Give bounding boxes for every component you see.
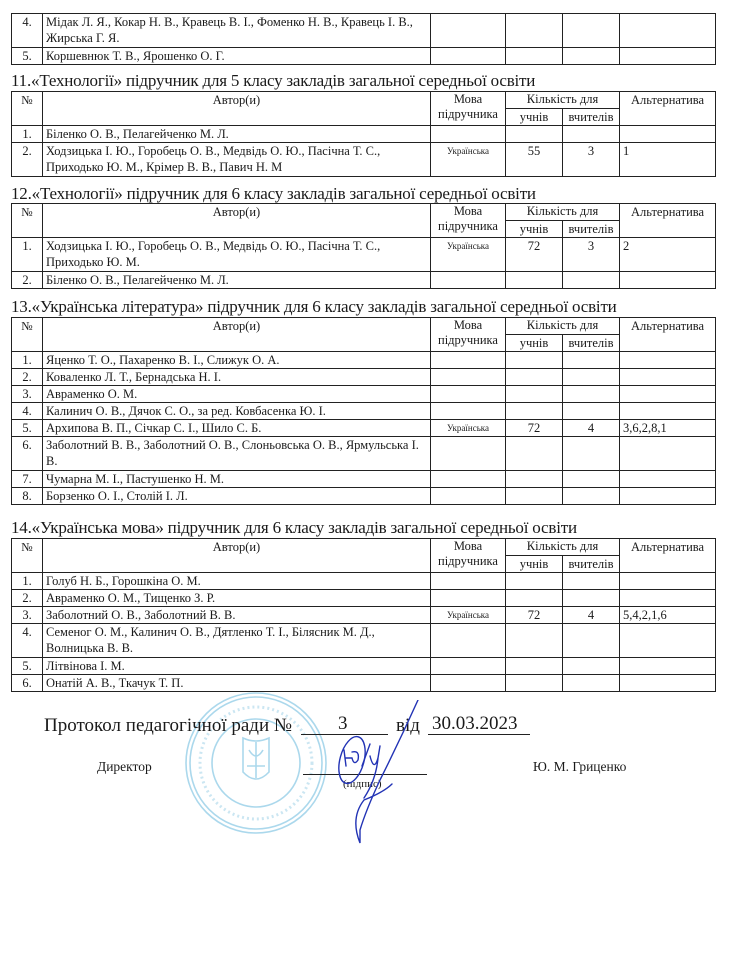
row-number: 2. <box>12 590 43 607</box>
row-language <box>431 126 506 143</box>
table-row: 2.Коваленко Л. Т., Бернадська Н. І. <box>12 369 716 386</box>
row-number: 4. <box>12 403 43 420</box>
table-row: 2.Ходзицька І. Ю., Горобець О. В., Медві… <box>12 143 716 177</box>
section-title-13: 13.«Українська література» підручник для… <box>11 298 617 316</box>
row-number: 2. <box>12 369 43 386</box>
header-num: № <box>12 539 43 573</box>
row-number: 5. <box>12 48 43 65</box>
row-teachers-count <box>563 126 620 143</box>
row-language <box>431 403 506 420</box>
row-language <box>431 471 506 488</box>
row-teachers-count <box>563 573 620 590</box>
row-students-count: 72 <box>506 420 563 437</box>
header-students: учнів <box>506 221 563 238</box>
table-row: 1.Біленко О. В., Пелагейченко М. Л. <box>12 126 716 143</box>
row-language: Українська <box>431 420 506 437</box>
table-row: 6.Заболотний В. В., Заболотний О. В., Сл… <box>12 437 716 471</box>
signature-icon <box>330 700 440 845</box>
row-number: 6. <box>12 437 43 471</box>
header-author: Автор(и) <box>43 318 431 352</box>
row-alternative: 2 <box>620 238 716 272</box>
row-language <box>431 573 506 590</box>
row-alternative: 5,4,2,1,6 <box>620 607 716 624</box>
row-alternative <box>620 386 716 403</box>
row-alternative <box>620 369 716 386</box>
row-authors: Онатій А. В., Ткачук Т. П. <box>43 675 431 692</box>
header-num: № <box>12 204 43 238</box>
header-language: Мовапідручника <box>431 539 506 573</box>
row-students-count <box>506 488 563 505</box>
row-students-count <box>506 624 563 658</box>
row-students-count <box>506 675 563 692</box>
section-title-11: 11.«Технології» підручник для 5 класу за… <box>11 72 535 90</box>
row-alternative <box>620 126 716 143</box>
row-students-count <box>506 437 563 471</box>
header-teachers: вчителів <box>563 109 620 126</box>
header-students: учнів <box>506 556 563 573</box>
row-authors: Біленко О. В., Пелагейченко М. Л. <box>43 126 431 143</box>
row-students-count <box>506 471 563 488</box>
row-students-count <box>506 658 563 675</box>
row-teachers-count <box>563 590 620 607</box>
table-row: 7.Чумарна М. І., Пастушенко Н. М. <box>12 471 716 488</box>
row-authors: Ходзицька І. Ю., Горобець О. В., Медвідь… <box>43 143 431 177</box>
row-authors: Заболотний В. В., Заболотний О. В., Слон… <box>43 437 431 471</box>
row-language <box>431 675 506 692</box>
header-language-line2: підручника <box>434 219 502 234</box>
header-alternative: Альтернатива <box>620 318 716 352</box>
row-number: 5. <box>12 420 43 437</box>
row-alternative <box>620 573 716 590</box>
row-teachers-count <box>563 675 620 692</box>
header-author: Автор(и) <box>43 204 431 238</box>
director-label: Директор <box>97 759 152 775</box>
row-teachers-count <box>563 48 620 65</box>
table-row: 3.Авраменко О. М. <box>12 386 716 403</box>
row-language <box>431 437 506 471</box>
row-teachers-count <box>563 386 620 403</box>
row-authors: Літвінова І. М. <box>43 658 431 675</box>
header-quantity: Кількість для <box>506 539 620 556</box>
table-row: 1.Голуб Н. Б., Горошкіна О. М. <box>12 573 716 590</box>
row-language: Українська <box>431 607 506 624</box>
table-section-13: №Автор(и)МовапідручникаКількість дляАльт… <box>11 317 716 505</box>
table-section-11: №Автор(и)МовапідручникаКількість дляАльт… <box>11 91 716 177</box>
row-authors: Семеног О. М., Калинич О. В., Дятленко Т… <box>43 624 431 658</box>
row-alternative <box>620 48 716 65</box>
row-language <box>431 14 506 48</box>
row-authors: Заболотний О. В., Заболотний В. В. <box>43 607 431 624</box>
row-teachers-count <box>563 272 620 289</box>
row-alternative <box>620 624 716 658</box>
header-language-line2: підручника <box>434 554 502 569</box>
row-students-count <box>506 403 563 420</box>
header-language-line1: Мова <box>434 92 502 107</box>
row-teachers-count <box>563 488 620 505</box>
header-students: учнів <box>506 335 563 352</box>
header-students: учнів <box>506 109 563 126</box>
row-students-count <box>506 272 563 289</box>
row-students-count <box>506 126 563 143</box>
table-row: 4.Семеног О. М., Калинич О. В., Дятленко… <box>12 624 716 658</box>
row-authors: Калинич О. В., Дячок С. О., за ред. Ковб… <box>43 403 431 420</box>
row-number: 1. <box>12 126 43 143</box>
header-language: Мовапідручника <box>431 92 506 126</box>
row-number: 5. <box>12 658 43 675</box>
table-section-12: №Автор(и)МовапідручникаКількість дляАльт… <box>11 203 716 289</box>
protocol-label: Протокол педагогічної ради № <box>44 715 292 737</box>
row-authors: Чумарна М. І., Пастушенко Н. М. <box>43 471 431 488</box>
header-language-line2: підручника <box>434 333 502 348</box>
row-language <box>431 369 506 386</box>
header-language: Мовапідручника <box>431 204 506 238</box>
header-num: № <box>12 92 43 126</box>
row-number: 1. <box>12 573 43 590</box>
row-authors: Борзенко О. І., Столій І. Л. <box>43 488 431 505</box>
protocol-date: 30.03.2023 <box>432 713 518 735</box>
row-alternative: 3,6,2,8,1 <box>620 420 716 437</box>
row-authors: Авраменко О. М. <box>43 386 431 403</box>
table-row: 2.Біленко О. В., Пелагейченко М. Л. <box>12 272 716 289</box>
row-alternative <box>620 675 716 692</box>
row-alternative <box>620 658 716 675</box>
row-authors: Біленко О. В., Пелагейченко М. Л. <box>43 272 431 289</box>
section-title-14: 14.«Українська мова» підручник для 6 кла… <box>11 519 577 537</box>
row-authors: Авраменко О. М., Тищенко З. Р. <box>43 590 431 607</box>
row-alternative <box>620 14 716 48</box>
row-alternative <box>620 590 716 607</box>
table-row: 8.Борзенко О. І., Столій І. Л. <box>12 488 716 505</box>
row-students-count: 72 <box>506 607 563 624</box>
row-teachers-count: 3 <box>563 143 620 177</box>
header-quantity: Кількість для <box>506 318 620 335</box>
row-language <box>431 48 506 65</box>
row-teachers-count <box>563 658 620 675</box>
row-students-count <box>506 369 563 386</box>
row-number: 7. <box>12 471 43 488</box>
header-quantity: Кількість для <box>506 204 620 221</box>
row-language <box>431 590 506 607</box>
row-alternative: 1 <box>620 143 716 177</box>
table-prev-section: 4.Мідак Л. Я., Кокар Н. В., Кравець В. І… <box>11 13 716 65</box>
header-language-line2: підручника <box>434 107 502 122</box>
section-title-12: 12.«Технології» підручник для 6 класу за… <box>11 185 536 203</box>
header-language-line1: Мова <box>434 204 502 219</box>
row-teachers-count: 4 <box>563 607 620 624</box>
table-row: 5.Архипова В. П., Січкар С. І., Шило С. … <box>12 420 716 437</box>
header-quantity: Кількість для <box>506 92 620 109</box>
header-language: Мовапідручника <box>431 318 506 352</box>
row-students-count <box>506 48 563 65</box>
row-students-count: 72 <box>506 238 563 272</box>
table-row: 4.Мідак Л. Я., Кокар Н. В., Кравець В. І… <box>12 14 716 48</box>
header-num: № <box>12 318 43 352</box>
row-students-count: 55 <box>506 143 563 177</box>
row-teachers-count <box>563 403 620 420</box>
header-alternative: Альтернатива <box>620 92 716 126</box>
row-authors: Мідак Л. Я., Кокар Н. В., Кравець В. І.,… <box>43 14 431 48</box>
row-alternative <box>620 488 716 505</box>
row-alternative <box>620 272 716 289</box>
header-teachers: вчителів <box>563 556 620 573</box>
row-teachers-count: 4 <box>563 420 620 437</box>
row-alternative <box>620 471 716 488</box>
row-authors: Яценко Т. О., Пахаренко В. І., Слижук О.… <box>43 352 431 369</box>
row-teachers-count <box>563 369 620 386</box>
row-students-count <box>506 386 563 403</box>
table-row: 6.Онатій А. В., Ткачук Т. П. <box>12 675 716 692</box>
row-students-count <box>506 14 563 48</box>
table-row: 5.Коршевнюк Т. В., Ярошенко О. Г. <box>12 48 716 65</box>
row-teachers-count <box>563 471 620 488</box>
row-number: 2. <box>12 143 43 177</box>
table-row: 2.Авраменко О. М., Тищенко З. Р. <box>12 590 716 607</box>
table-row: 3.Заболотний О. В., Заболотний В. В.Укра… <box>12 607 716 624</box>
header-language-line1: Мова <box>434 318 502 333</box>
header-teachers: вчителів <box>563 221 620 238</box>
row-number: 4. <box>12 14 43 48</box>
header-alternative: Альтернатива <box>620 539 716 573</box>
row-teachers-count <box>563 624 620 658</box>
row-authors: Ходзицька І. Ю., Горобець О. В., Медвідь… <box>43 238 431 272</box>
table-row: 5.Літвінова І. М. <box>12 658 716 675</box>
header-teachers: вчителів <box>563 335 620 352</box>
row-alternative <box>620 352 716 369</box>
row-number: 1. <box>12 238 43 272</box>
row-number: 1. <box>12 352 43 369</box>
row-alternative <box>620 403 716 420</box>
row-language: Українська <box>431 143 506 177</box>
row-teachers-count <box>563 352 620 369</box>
row-language <box>431 488 506 505</box>
row-authors: Коваленко Л. Т., Бернадська Н. І. <box>43 369 431 386</box>
row-number: 6. <box>12 675 43 692</box>
table-row: 4.Калинич О. В., Дячок С. О., за ред. Ко… <box>12 403 716 420</box>
row-language <box>431 386 506 403</box>
row-number: 3. <box>12 607 43 624</box>
row-language <box>431 272 506 289</box>
row-language: Українська <box>431 238 506 272</box>
row-number: 3. <box>12 386 43 403</box>
table-row: 1.Ходзицька І. Ю., Горобець О. В., Медві… <box>12 238 716 272</box>
row-authors: Архипова В. П., Січкар С. І., Шило С. Б. <box>43 420 431 437</box>
row-language <box>431 658 506 675</box>
header-language-line1: Мова <box>434 539 502 554</box>
row-authors: Коршевнюк Т. В., Ярошенко О. Г. <box>43 48 431 65</box>
row-alternative <box>620 437 716 471</box>
header-author: Автор(и) <box>43 92 431 126</box>
table-row: 1.Яценко Т. О., Пахаренко В. І., Слижук … <box>12 352 716 369</box>
row-number: 4. <box>12 624 43 658</box>
row-teachers-count <box>563 14 620 48</box>
director-name: Ю. М. Гриценко <box>533 759 626 775</box>
row-students-count <box>506 590 563 607</box>
row-students-count <box>506 573 563 590</box>
row-students-count <box>506 352 563 369</box>
row-teachers-count: 3 <box>563 238 620 272</box>
row-language <box>431 624 506 658</box>
row-number: 2. <box>12 272 43 289</box>
header-author: Автор(и) <box>43 539 431 573</box>
row-authors: Голуб Н. Б., Горошкіна О. М. <box>43 573 431 590</box>
row-language <box>431 352 506 369</box>
row-number: 8. <box>12 488 43 505</box>
official-stamp-icon <box>183 690 329 836</box>
row-teachers-count <box>563 437 620 471</box>
table-section-14: №Автор(и)МовапідручникаКількість дляАльт… <box>11 538 716 692</box>
header-alternative: Альтернатива <box>620 204 716 238</box>
